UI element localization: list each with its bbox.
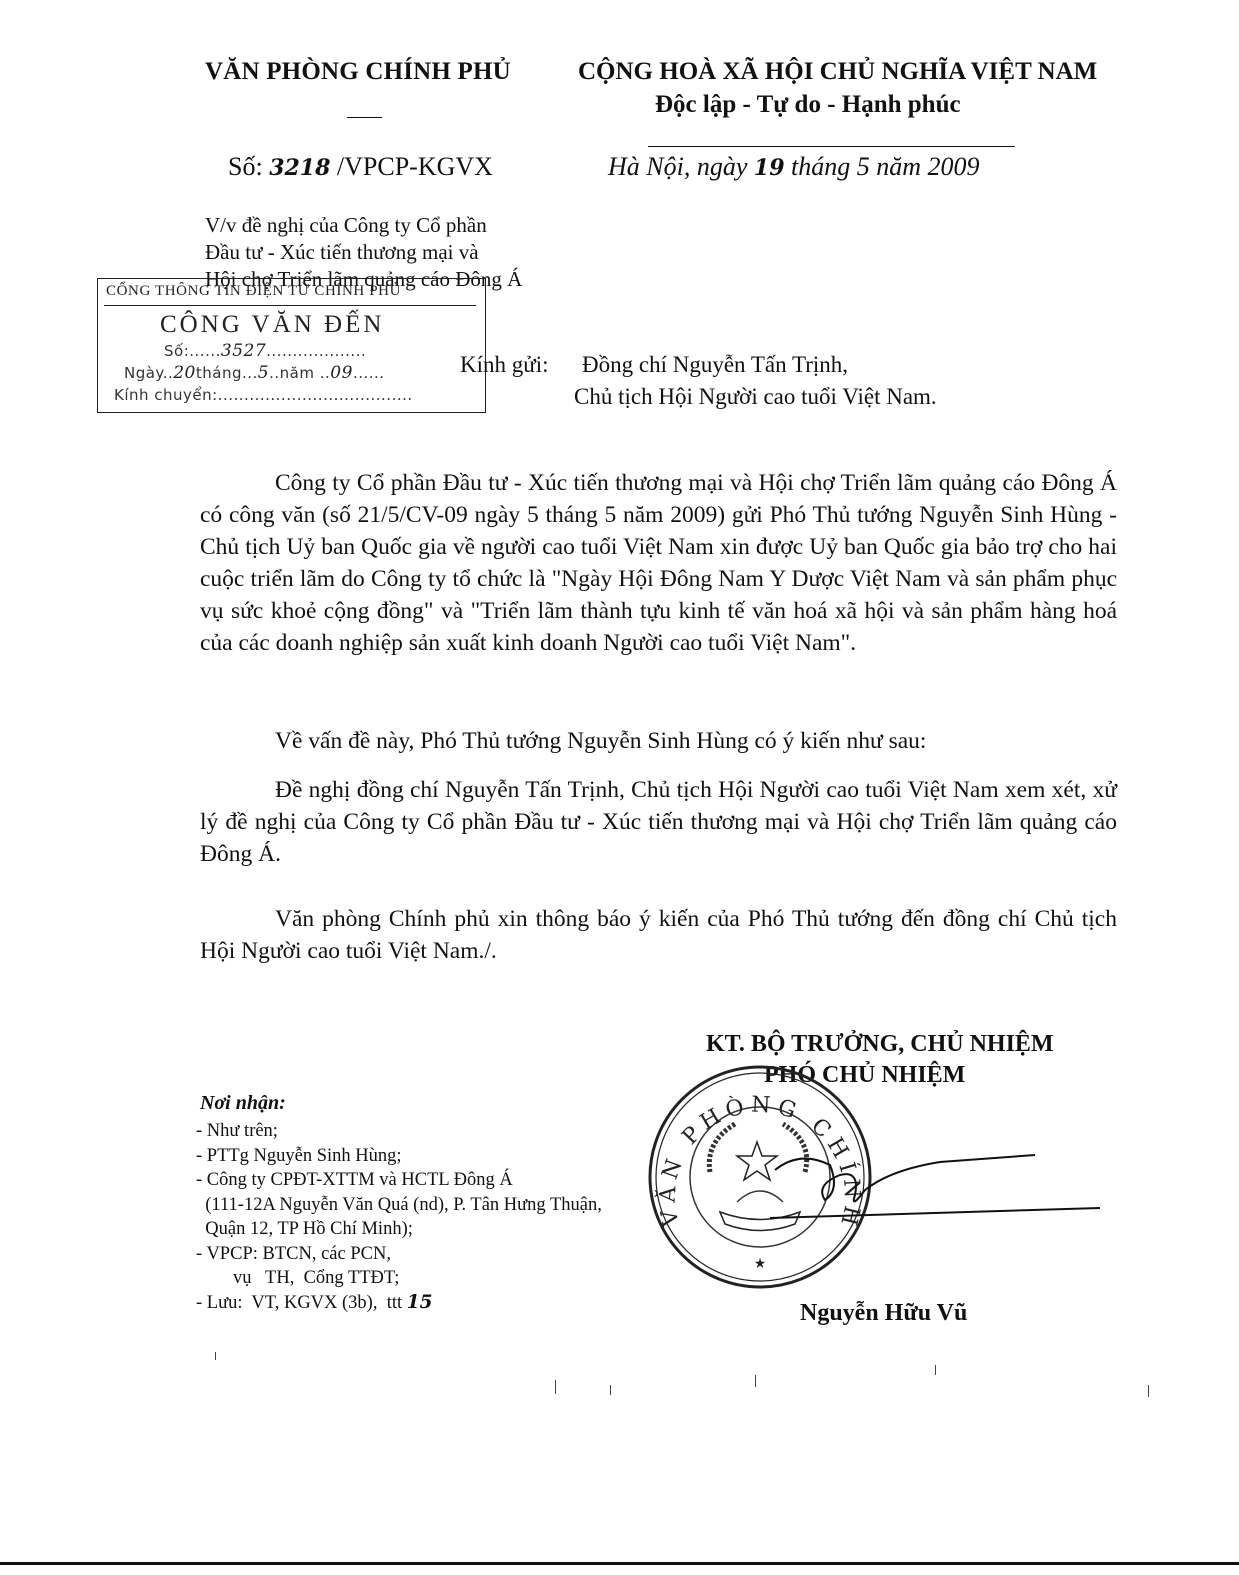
signer-authority: KT. BỘ TRƯỞNG, CHỦ NHIỆM (706, 1031, 1054, 1058)
stamp-year-label: năm (280, 364, 315, 382)
dots: ...... (189, 342, 221, 360)
doc-number-suffix: /VPCP-KGVX (330, 152, 493, 181)
body-paragraph: Văn phòng Chính phủ xin thông báo ý kiến… (200, 903, 1117, 967)
doc-number-label: Số: (228, 152, 269, 181)
scan-speck (755, 1375, 756, 1387)
distribution-item: - Công ty CPĐT-XTTM và HCTL Đông Á (196, 1168, 602, 1193)
scan-speck (215, 1352, 216, 1360)
archive-text: - Lưu: VT, KGVX (3b), ttt (196, 1293, 407, 1313)
doc-number-handwritten: 3218 (269, 155, 330, 181)
dots: ................... (266, 342, 366, 360)
scan-speck (935, 1365, 936, 1375)
date-month-year: tháng 5 năm 2009 (785, 152, 980, 181)
stamp-day-value: 20 (173, 363, 196, 383)
document-number: Số: 3218 /VPCP-KGVX (228, 152, 493, 182)
body-paragraph: Công ty Cổ phần Đầu tư - Xúc tiến thương… (200, 467, 1117, 659)
distribution-item: (111-12A Nguyễn Văn Quá (nd), P. Tân Hưn… (196, 1193, 602, 1218)
stamp-month-value: 5 (258, 363, 269, 383)
motto-underline (648, 146, 1015, 147)
scan-edge (0, 1562, 1239, 1565)
signer-name: Nguyễn Hữu Vũ (800, 1300, 967, 1327)
archive-count-handwritten: 15 (407, 1292, 433, 1313)
scan-speck (1148, 1385, 1149, 1397)
stamp-year-value: 09 (330, 363, 353, 383)
dots: ..................................... (218, 386, 413, 404)
date-place: Hà Nội, ngày (608, 152, 754, 181)
stamp-title: CÔNG VĂN ĐẾN (160, 311, 384, 339)
stamp-day-label: Ngày (124, 364, 163, 382)
paragraph-text: Đề nghị đồng chí Nguyễn Tấn Trịnh, Chủ t… (200, 777, 1117, 867)
recipient-label: Kính gửi: (460, 352, 549, 378)
recipient-title: Chủ tịch Hội Người cao tuổi Việt Nam. (574, 384, 937, 410)
distribution-item: - Như trên; (196, 1119, 602, 1144)
paragraph-text: Văn phòng Chính phủ xin thông báo ý kiến… (200, 906, 1117, 964)
paragraph-text: Về vấn đề này, Phó Thủ tướng Nguyễn Sinh… (275, 728, 926, 754)
handwritten-signature-icon (770, 1130, 1100, 1240)
distribution-item: vụ TH, Cổng TTĐT; (196, 1266, 602, 1291)
distribution-item-archive: - Lưu: VT, KGVX (3b), ttt 15 (196, 1291, 602, 1316)
stamp-forward-label: Kính chuyển: (114, 386, 218, 404)
scan-speck (610, 1385, 611, 1395)
stamp-month-label: tháng (196, 364, 242, 382)
stamp-forward-field: Kính chuyển:............................… (114, 386, 413, 404)
issue-date: Hà Nội, ngày 19 tháng 5 năm 2009 (608, 152, 980, 182)
distribution-item: Quận 12, TP Hồ Chí Minh); (196, 1217, 602, 1242)
stamp-divider (104, 305, 476, 306)
distribution-title: Nơi nhận: (200, 1092, 286, 1115)
received-stamp: CỔNG THÔNG TIN ĐIỆN TỬ CHÍNH PHỦ CÔNG VĂ… (97, 278, 486, 413)
issuing-agency: VĂN PHÒNG CHÍNH PHỦ (205, 58, 511, 86)
national-motto: Độc lập - Tự do - Hạnh phúc (655, 91, 961, 119)
stamp-header: CỔNG THÔNG TIN ĐIỆN TỬ CHÍNH PHỦ (106, 283, 401, 300)
subject-line-1: V/v đề nghị của Công ty Cổ phần (205, 212, 522, 239)
agency-underline (347, 117, 382, 118)
stamp-number-field: Số:......3527................... (164, 341, 366, 361)
body-paragraph: Đề nghị đồng chí Nguyễn Tấn Trịnh, Chủ t… (200, 774, 1117, 870)
paragraph-text: Công ty Cổ phần Đầu tư - Xúc tiến thương… (200, 470, 1117, 656)
nation-name: CỘNG HOÀ XÃ HỘI CHỦ NGHĨA VIỆT NAM (578, 58, 1097, 86)
stamp-date-field: Ngày..20tháng...5..năm ..09...... (124, 363, 385, 383)
distribution-list: - Như trên;- PTTg Nguyễn Sinh Hùng;- Côn… (196, 1119, 602, 1315)
stamp-number-label: Số: (164, 342, 189, 360)
distribution-item: - VPCP: BTCN, các PCN, (196, 1242, 602, 1267)
subject-line-2: Đầu tư - Xúc tiến thương mại và (205, 239, 522, 266)
svg-text:★: ★ (754, 1257, 767, 1272)
date-day-handwritten: 19 (754, 155, 785, 181)
scan-speck (555, 1380, 556, 1394)
distribution-item: - PTTg Nguyễn Sinh Hùng; (196, 1144, 602, 1169)
body-paragraph: Về vấn đề này, Phó Thủ tướng Nguyễn Sinh… (200, 725, 1117, 757)
stamp-number-value: 3527 (221, 341, 266, 361)
recipient-name: Đồng chí Nguyễn Tấn Trịnh, (582, 352, 848, 378)
